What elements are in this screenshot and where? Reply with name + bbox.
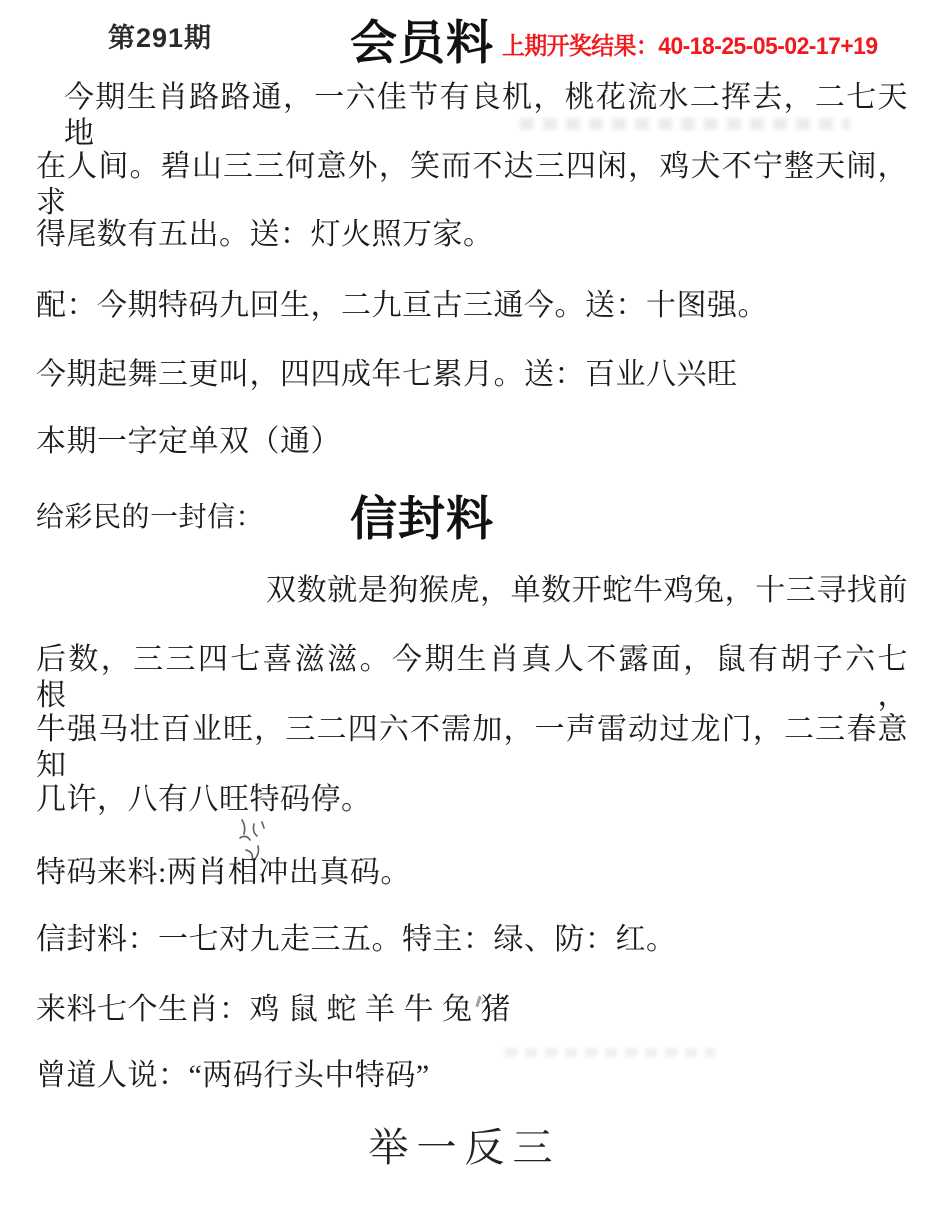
envelope-poem-line-2: 后数，三三四七喜滋滋。今期生肖真人不露面，鼠有胡子六七根， <box>36 642 908 714</box>
scanned-tip-sheet: 第291期 会员料 上期开奖结果：40-18-25-05-02-17+19 今期… <box>0 0 929 1206</box>
member-poem-line-3: 得尾数有五出。送：灯火照万家。 <box>36 217 494 253</box>
ink-bleed-artifact <box>520 118 850 130</box>
zodiac-list-line: 来料七个生肖：鸡 鼠 蛇 羊 牛 兔 猪 <box>36 992 511 1028</box>
envelope-poem-line-1: 双数就是狗猴虎，单数开蛇牛鸡兔，十三寻找前 <box>266 573 908 609</box>
special-source-line: 特码来料:两肖相冲出真码。 <box>36 855 411 891</box>
member-poem-line-1: 今期生肖路路通，一六佳节有良机，桃花流水二挥去，二七天地 <box>64 80 908 152</box>
footer-slogan: 举一反三 <box>0 1116 929 1173</box>
member-poem-line-2: 在人间。碧山三三何意外，笑而不达三四闲，鸡犬不宁整天闹，求 <box>36 149 908 221</box>
single-double-line: 本期一字定单双（通） <box>36 424 341 460</box>
envelope-poem-line-3: 牛强马壮百业旺，三二四六不需加，一声雷动过龙门，二三春意知 <box>36 712 908 784</box>
dance-line: 今期起舞三更叫，四四成年七累月。送：百业八兴旺 <box>36 357 738 393</box>
last-draw-result: 上期开奖结果：40-18-25-05-02-17+19 <box>502 26 878 61</box>
issue-number: 第291期 <box>108 16 212 55</box>
envelope-tip-line: 信封料：一七对九走三五。特主：绿、防：红。 <box>36 922 677 958</box>
page-title: 会员料 <box>350 6 494 73</box>
envelope-poem-line-4: 几许，八有八旺特码停。 <box>36 782 372 818</box>
master-quote-line: 曾道人说：“两码行头中特码” <box>36 1058 430 1094</box>
letter-label: 给彩民的一封信： <box>36 500 264 536</box>
envelope-section-title: 信封料 <box>350 482 494 549</box>
pei-line: 配：今期特码九回生，二九亘古三通今。送：十图强。 <box>36 288 768 324</box>
ink-bleed-artifact <box>505 1048 715 1057</box>
ink-smudge <box>232 816 280 866</box>
